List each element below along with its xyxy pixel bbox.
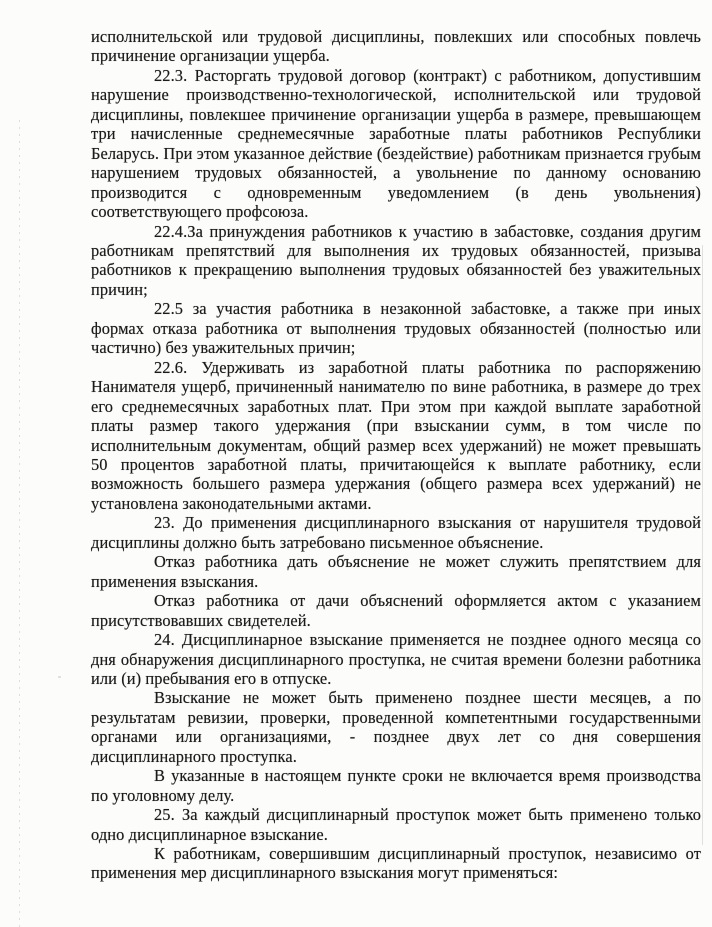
paragraph: 22.5 за участия работника в незаконной з… — [91, 299, 701, 357]
paragraph: В указанные в настоящем пункте сроки не … — [91, 766, 701, 805]
paragraph: Отказ работника дать объяснение не может… — [91, 552, 701, 591]
scan-artifact-left-edge — [19, 120, 20, 927]
paragraph: К работникам, совершившим дисциплинарный… — [91, 844, 701, 883]
paragraph: 22.4.За принуждения работников к участию… — [91, 222, 701, 300]
paragraph: 25. За каждый дисциплинарный проступок м… — [91, 805, 701, 844]
text-content: исполнительской или трудовой дисциплины,… — [91, 27, 701, 883]
paragraph: 22.6. Удерживать из заработной платы раб… — [91, 358, 701, 514]
paragraph: 22.3. Расторгать трудовой договор (контр… — [91, 66, 701, 222]
paragraph: 23. До применения дисциплинарного взыска… — [91, 513, 701, 552]
paragraph: Взыскание не может быть применено поздне… — [91, 688, 701, 766]
scan-artifact-right-edge — [702, 245, 703, 845]
paragraph: исполнительской или трудовой дисциплины,… — [91, 27, 701, 66]
paragraph: 24. Дисциплинарное взыскание применяется… — [91, 630, 701, 688]
paragraph: Отказ работника от дачи объяснений оформ… — [91, 591, 701, 630]
scan-speck — [58, 676, 61, 678]
document-page: исполнительской или трудовой дисциплины,… — [0, 0, 712, 927]
